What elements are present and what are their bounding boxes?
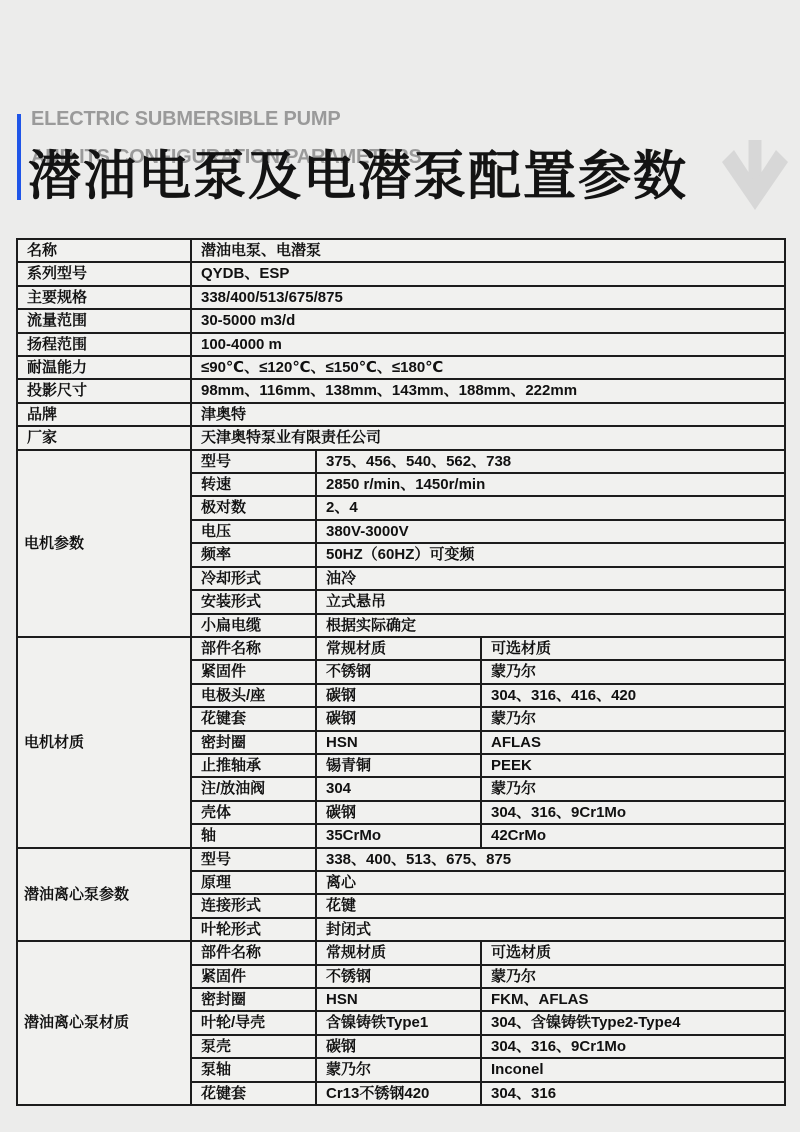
spec-label-cell: 频率 [191,543,316,566]
normal-material-cell: 蒙乃尔 [316,1058,481,1081]
normal-material-cell: 35CrMo [316,824,481,847]
spec-label-cell: 流量范围 [17,309,191,332]
spec-label-cell: 品牌 [17,403,191,426]
part-name-cell: 密封圈 [191,988,316,1011]
spec-label-cell: 主要规格 [17,286,191,309]
spec-label-cell: 电压 [191,520,316,543]
optional-material-cell: PEEK [481,754,785,777]
optional-material-cell: FKM、AFLAS [481,988,785,1011]
optional-material-cell: 蒙乃尔 [481,707,785,730]
normal-material-cell: 锡青铜 [316,754,481,777]
spec-row: 电机参数 型号 375、456、540、562、738 [17,450,785,473]
spec-row: 厂家 天津奥特泵业有限责任公司 [17,426,785,449]
english-subtitle-line1: ELECTRIC SUBMERSIBLE PUMP [31,108,340,130]
spec-row: 主要规格 338/400/513/675/875 [17,286,785,309]
spec-value-cell: ≤90℃、≤120℃、≤150℃、≤180℃ [191,356,785,379]
spec-label-cell: 冷却形式 [191,567,316,590]
page-title: 潜油电泵及电潜泵配置参数 [28,148,688,206]
normal-material-cell: 碳钢 [316,1035,481,1058]
spec-value-cell: 338/400/513/675/875 [191,286,785,309]
part-name-cell: 部件名称 [191,941,316,964]
optional-material-cell: 蒙乃尔 [481,660,785,683]
optional-material-cell: 蒙乃尔 [481,777,785,800]
spec-row: 耐温能力 ≤90℃、≤120℃、≤150℃、≤180℃ [17,356,785,379]
spec-value-cell: 50HZ（60HZ）可变频 [316,543,785,566]
spec-row: 电机材质 部件名称 常规材质 可选材质 [17,637,785,660]
spec-label-cell: 原理 [191,871,316,894]
optional-material-cell: 304、316、9Cr1Mo [481,801,785,824]
part-name-cell: 轴 [191,824,316,847]
spec-row: 系列型号 QYDB、ESP [17,262,785,285]
spec-value-cell: 98mm、116mm、138mm、143mm、188mm、222mm [191,379,785,402]
part-name-cell: 紧固件 [191,965,316,988]
spec-row: 潜油离心泵材质 部件名称 常规材质 可选材质 [17,941,785,964]
spec-table: 名称 潜油电泵、电潜泵 系列型号 QYDB、ESP 主要规格 338/400/5… [16,238,786,1106]
spec-value-cell: 根据实际确定 [316,614,785,637]
part-name-cell: 泵壳 [191,1035,316,1058]
optional-material-cell: Inconel [481,1058,785,1081]
spec-value-cell: 30-5000 m3/d [191,309,785,332]
optional-material-cell: 304、316、9Cr1Mo [481,1035,785,1058]
spec-value-cell: 离心 [316,871,785,894]
part-name-cell: 部件名称 [191,637,316,660]
part-name-cell: 止推轴承 [191,754,316,777]
normal-material-cell: 不锈钢 [316,660,481,683]
optional-material-cell: 可选材质 [481,637,785,660]
optional-material-cell: 304、316、416、420 [481,684,785,707]
normal-material-cell: Cr13不锈钢420 [316,1082,481,1105]
spec-label-cell: 极对数 [191,496,316,519]
optional-material-cell: 304、316 [481,1082,785,1105]
spec-value-cell: 2850 r/min、1450r/min [316,473,785,496]
group-label-cell: 潜油离心泵参数 [17,848,191,942]
spec-label-cell: 系列型号 [17,262,191,285]
spec-value-cell: 天津奥特泵业有限责任公司 [191,426,785,449]
group-label-cell: 电机材质 [17,637,191,848]
group-label-cell: 潜油离心泵材质 [17,941,191,1105]
optional-material-cell: 304、含镍铸铁Type2-Type4 [481,1011,785,1034]
spec-value-cell: 375、456、540、562、738 [316,450,785,473]
spec-row: 名称 潜油电泵、电潜泵 [17,239,785,262]
spec-value-cell: 津奥特 [191,403,785,426]
optional-material-cell: AFLAS [481,731,785,754]
part-name-cell: 密封圈 [191,731,316,754]
normal-material-cell: 常规材质 [316,637,481,660]
part-name-cell: 注/放油阀 [191,777,316,800]
optional-material-cell: 蒙乃尔 [481,965,785,988]
normal-material-cell: 碳钢 [316,684,481,707]
spec-label-cell: 投影尺寸 [17,379,191,402]
spec-label-cell: 型号 [191,848,316,871]
optional-material-cell: 42CrMo [481,824,785,847]
header-accent-bar [17,114,21,200]
spec-value-cell: 油冷 [316,567,785,590]
spec-value-cell: 2、4 [316,496,785,519]
part-name-cell: 花键套 [191,1082,316,1105]
spec-row: 潜油离心泵参数 型号 338、400、513、675、875 [17,848,785,871]
normal-material-cell: 碳钢 [316,801,481,824]
scroll-down-arrow-icon [722,140,788,212]
spec-row: 投影尺寸 98mm、116mm、138mm、143mm、188mm、222mm [17,379,785,402]
spec-value-cell: 338、400、513、675、875 [316,848,785,871]
spec-label-cell: 厂家 [17,426,191,449]
spec-value-cell: 封闭式 [316,918,785,941]
normal-material-cell: 常规材质 [316,941,481,964]
spec-label-cell: 连接形式 [191,894,316,917]
spec-label-cell: 型号 [191,450,316,473]
spec-value-cell: 380V-3000V [316,520,785,543]
normal-material-cell: HSN [316,988,481,1011]
spec-label-cell: 小扁电缆 [191,614,316,637]
spec-row: 扬程范围 100-4000 m [17,333,785,356]
group-label-cell: 电机参数 [17,450,191,637]
part-name-cell: 泵轴 [191,1058,316,1081]
spec-value-cell: 100-4000 m [191,333,785,356]
normal-material-cell: 含镍铸铁Type1 [316,1011,481,1034]
spec-row: 流量范围 30-5000 m3/d [17,309,785,332]
optional-material-cell: 可选材质 [481,941,785,964]
spec-label-cell: 耐温能力 [17,356,191,379]
part-name-cell: 花键套 [191,707,316,730]
spec-label-cell: 安装形式 [191,590,316,613]
normal-material-cell: 碳钢 [316,707,481,730]
page-header: ELECTRIC SUBMERSIBLE PUMP AND ITS CONFIG… [0,0,800,238]
spec-value-cell: 立式悬吊 [316,590,785,613]
part-name-cell: 电极头/座 [191,684,316,707]
normal-material-cell: HSN [316,731,481,754]
spec-label-cell: 名称 [17,239,191,262]
spec-row: 品牌 津奥特 [17,403,785,426]
part-name-cell: 叶轮/导壳 [191,1011,316,1034]
normal-material-cell: 304 [316,777,481,800]
spec-value-cell: QYDB、ESP [191,262,785,285]
spec-label-cell: 转速 [191,473,316,496]
spec-value-cell: 花键 [316,894,785,917]
spec-label-cell: 扬程范围 [17,333,191,356]
normal-material-cell: 不锈钢 [316,965,481,988]
spec-value-cell: 潜油电泵、电潜泵 [191,239,785,262]
spec-label-cell: 叶轮形式 [191,918,316,941]
part-name-cell: 壳体 [191,801,316,824]
part-name-cell: 紧固件 [191,660,316,683]
